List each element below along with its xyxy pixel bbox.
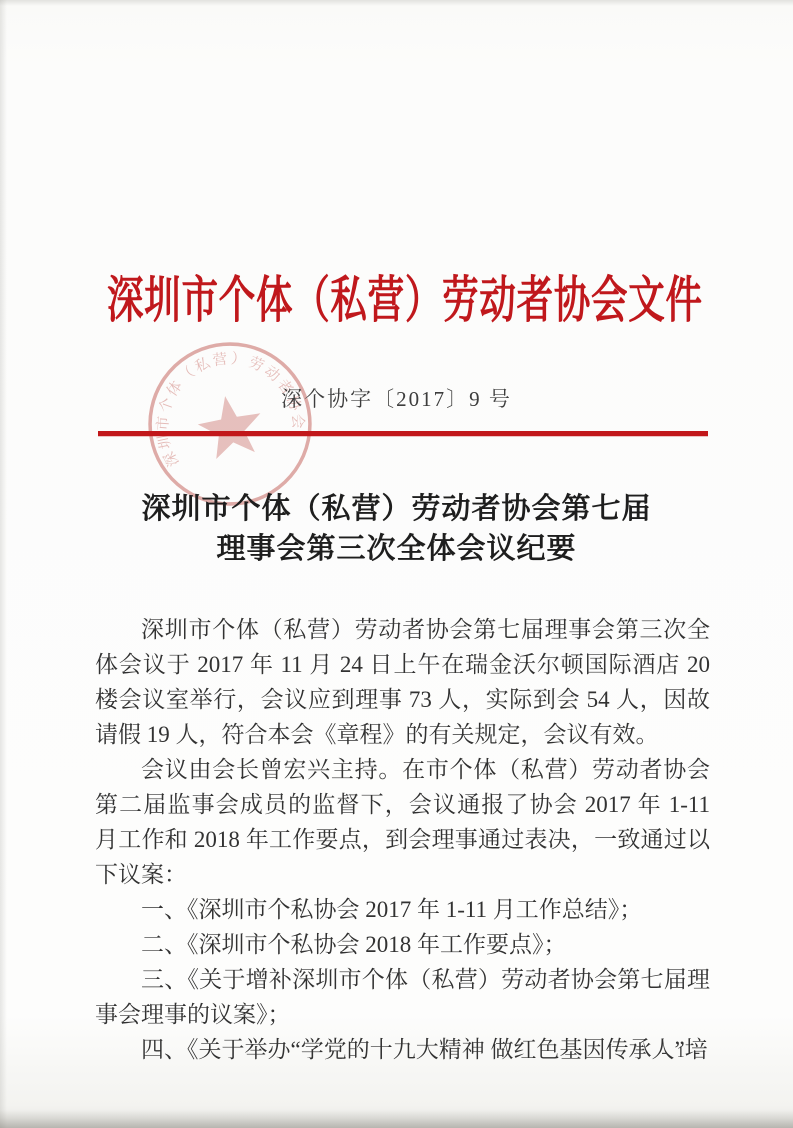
paragraph: 二、《深圳市个私协会 2018 年工作要点》； xyxy=(95,927,710,962)
document-page: 深圳市个体（私营）劳动者协会 深圳市个体（私营）劳动者协会文件 深个协字〔201… xyxy=(0,0,793,1128)
paragraph: 深圳市个体（私营）劳动者协会第七届理事会第三次全体会议于 2017 年 11 月… xyxy=(95,612,710,752)
document-body: 深圳市个体（私营）劳动者协会第七届理事会第三次全体会议于 2017 年 11 月… xyxy=(95,612,710,1067)
scan-top-edge xyxy=(0,0,793,6)
red-divider-line xyxy=(98,431,708,436)
paragraph: 会议由会长曾宏兴主持。在市个体（私营）劳动者协会第二届监事会成员的监督下，会议通… xyxy=(95,752,710,892)
document-number: 深个协字〔2017〕9 号 xyxy=(0,383,793,413)
scan-bottom-shadow xyxy=(0,1110,793,1128)
paragraph: 四、《关于举办“学党的十九大精神 做红色基因传承人”培 xyxy=(95,1032,710,1067)
document-title-line1: 深圳市个体（私营）劳动者协会第七届 xyxy=(0,489,793,529)
page-number: - 1 - xyxy=(661,1044,703,1062)
document-title: 深圳市个体（私营）劳动者协会第七届 理事会第三次全体会议纪要 xyxy=(0,489,793,569)
paragraph: 三、《关于增补深圳市个体（私营）劳动者协会第七届理事会理事的议案》； xyxy=(95,962,710,1032)
document-title-line2: 理事会第三次全体会议纪要 xyxy=(0,529,793,569)
letterhead-title: 深圳市个体（私营）劳动者协会文件 xyxy=(107,260,686,332)
paragraph: 一、《深圳市个私协会 2017 年 1-11 月工作总结》； xyxy=(95,892,710,927)
